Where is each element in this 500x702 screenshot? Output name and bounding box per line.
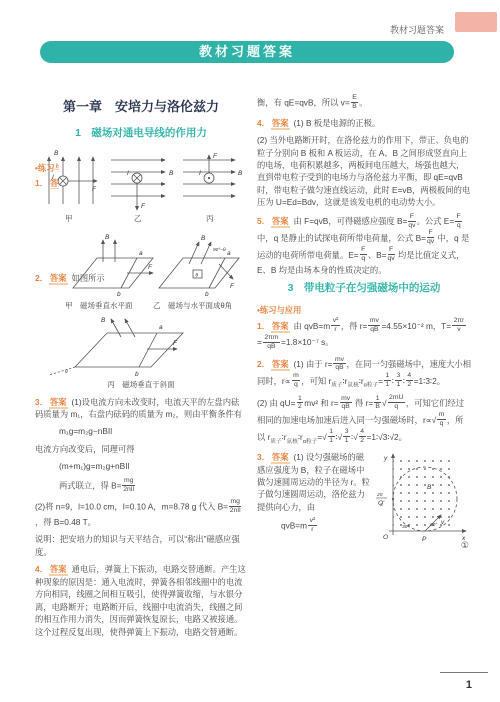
q-number: 3． [257,452,270,462]
angle-label: 90°−θ [213,247,226,253]
y-axis-label: y [383,455,388,462]
answer-text: 通电后，弹簧上下振动，电路交替通断。产生这种现象的原因是：通入电流时，弹簧各相邻… [35,564,246,636]
b-field-label: B [169,170,174,177]
answer-marker: 答案 [271,359,290,371]
force-label: F [148,264,153,271]
equation: 两式联立，得 B=mg2nIl [59,478,247,495]
q-number: 3． [35,397,48,407]
arc-angle-numerator: 2π [376,492,384,498]
theta-label: θ [196,273,199,279]
answer-marker: 答案 [271,216,290,228]
answer-marker: 答案 [271,452,290,464]
page: { "header": { "corner_label": "教材习题答案", … [0,0,500,702]
answer-marker: 答案 [271,321,290,333]
practice-label-left: •练习与应用 [35,162,59,174]
answer-text: (2) 由 qU=12mv² 和 r=mvqB 得 r=1B√2mUq，可知它们… [257,395,471,446]
figure-caption: 丙 [206,214,214,223]
q-number: 5． [257,216,270,226]
angle-30-label: 30° [402,524,409,530]
answer-l4: 4．答案通电后，弹簧上下振动，电路交替通断。产生这种现象的原因是：通入电流时，弹… [35,563,247,638]
wire-end-b-label: b [205,291,209,298]
answer-l3: 3．答案(1)设电流方向未改变时，电流天平的左盘内砝码质量为 m₁，右盘内砝码的… [35,396,247,559]
figure-caption: 乙 [134,214,142,223]
q-number: 4． [257,118,270,128]
right-column: 衡，有 qE=qvB，所以 v=EB。 4．答案(1) B 板是电源的正极。 (… [257,95,471,553]
figure-caption: 甲 磁场垂直水平面 [65,300,133,311]
b-field-label: B [54,150,59,157]
answers-banner: 教材习题答案 [40,41,454,63]
page-number: 1 [466,679,472,691]
force-label: F [173,340,178,347]
current-label: I [199,170,201,177]
o-prime-point [392,498,394,500]
force-label: F [213,153,218,160]
equation: (m+m₁)g=m₂g+nBIl [59,460,247,472]
answer-text: (2) 当外电路断开时，在洛伦兹力的作用下，带正、负电的粒子分别向 B 板和 A… [257,134,471,209]
footer-rule [440,672,488,673]
answer-2-label: 2．答案如图所示 [35,272,129,284]
q-number: 2． [35,273,48,283]
figure-incline: B a b F θ 丙 磁场垂直于斜面 [35,315,247,390]
answer-r4: 4．答案(1) B 板是电源的正极。 (2) 当外电路断开时，在洛伦兹力的作用下… [257,117,471,209]
q-number: 2． [257,359,270,369]
figure-caption: 甲 [65,214,73,223]
corner-page-label: 教材习题答案 [390,23,444,36]
figure-caption: 丙 磁场垂直于斜面 [35,379,247,390]
section-3-title: 3 带电粒子在匀强磁场中的运动 [257,281,471,297]
theta-label: θ [65,369,68,375]
corner-tab [455,12,497,32]
b-field-label: B [201,235,206,242]
wire-end-a-label: a [227,250,231,257]
answer-marker: 答案 [49,564,68,576]
figure-circular-motion: y x O O′ P B v 30° 60° 2π 3 [375,451,471,551]
angle-60-label: 60° [430,522,437,528]
practice-label-right: •练习与应用 [257,304,471,316]
answer-r3: y x O O′ P B v 30° 60° 2π 3 3．答案(1) 设匀强磁… [257,451,471,535]
answer-r1: 1．答案由 qvB=mv²r，得 r=mvqB=4.55×10⁻² m，T=2π… [257,318,471,351]
wire-end-a-label: a [159,324,163,331]
answer-marker: 答案 [271,118,290,130]
arc-angle-denominator: 3 [380,502,383,508]
answer-text: (1) B 板是电源的正极。 [294,118,381,128]
b-field-label: B [101,317,106,324]
answer-marker: 答案 [49,397,68,409]
answer-r5: 5．答案由 F=qvB，可得磁感应强度 B=Fqv。公式 E=Fq 中，q 是静… [257,214,471,276]
figure-planes-row: 2．答案如图所示 B a b F B a [35,228,247,313]
answer-marker: 答案 [49,178,59,189]
continued-text: 衡，有 qE=qvB，所以 v=EB。 [257,95,471,112]
wire-end-b-label: b [117,291,121,298]
force-label: F [92,186,97,193]
q-number: 4． [35,564,48,574]
point-p-label: P [422,536,427,543]
left-column: 第一章 安培力与洛伦兹力 1 磁场对通电导线的作用力 •练习与应用 1．答案 [35,95,247,643]
wire-end-b-label: b [135,371,139,378]
b-field-label: B [238,170,243,177]
figure-caption: 乙 磁场与水平面成θ角 [153,300,232,311]
b-field-label: B [427,484,432,491]
answer-r2: 2．答案(1) 由于 r=mvqB，在同一匀强磁场中，速度大小相同时，r∝mq，… [257,357,471,446]
q-number: 1． [257,321,270,331]
equation-number: ① [461,539,469,553]
b-field-label: B [105,234,110,241]
current-out-dot [208,177,210,179]
force-label: F [141,203,146,210]
answer-note: 说明：把安培力的知识与天平结合，可以“称出”磁感应强度。 [35,533,247,558]
current-label: I [127,170,129,177]
answer-text: 电流方向改变后，同理可得 [35,443,247,455]
section-1-title: 1 磁场对通电导线的作用力 [35,126,247,142]
answer-text: 如图所示 [72,273,105,283]
force-label: F [230,283,235,290]
chapter-title: 第一章 安培力与洛伦兹力 [35,97,247,117]
figure-current-in-field: •练习与应用 1．答案 [35,148,247,224]
q-number: 1． [35,178,48,188]
clipped-practice-block: •练习与应用 1．答案 [35,160,59,189]
origin-label: O [383,534,388,541]
answer-text: (2)将 n=9，l=10.0 cm，I=0.10 A，m=8.78 g 代入 … [35,499,247,528]
answer-marker: 答案 [49,273,68,285]
wire-end-a-label: a [139,250,143,257]
equation: m₁g=m₂g−nBIl [59,425,247,437]
